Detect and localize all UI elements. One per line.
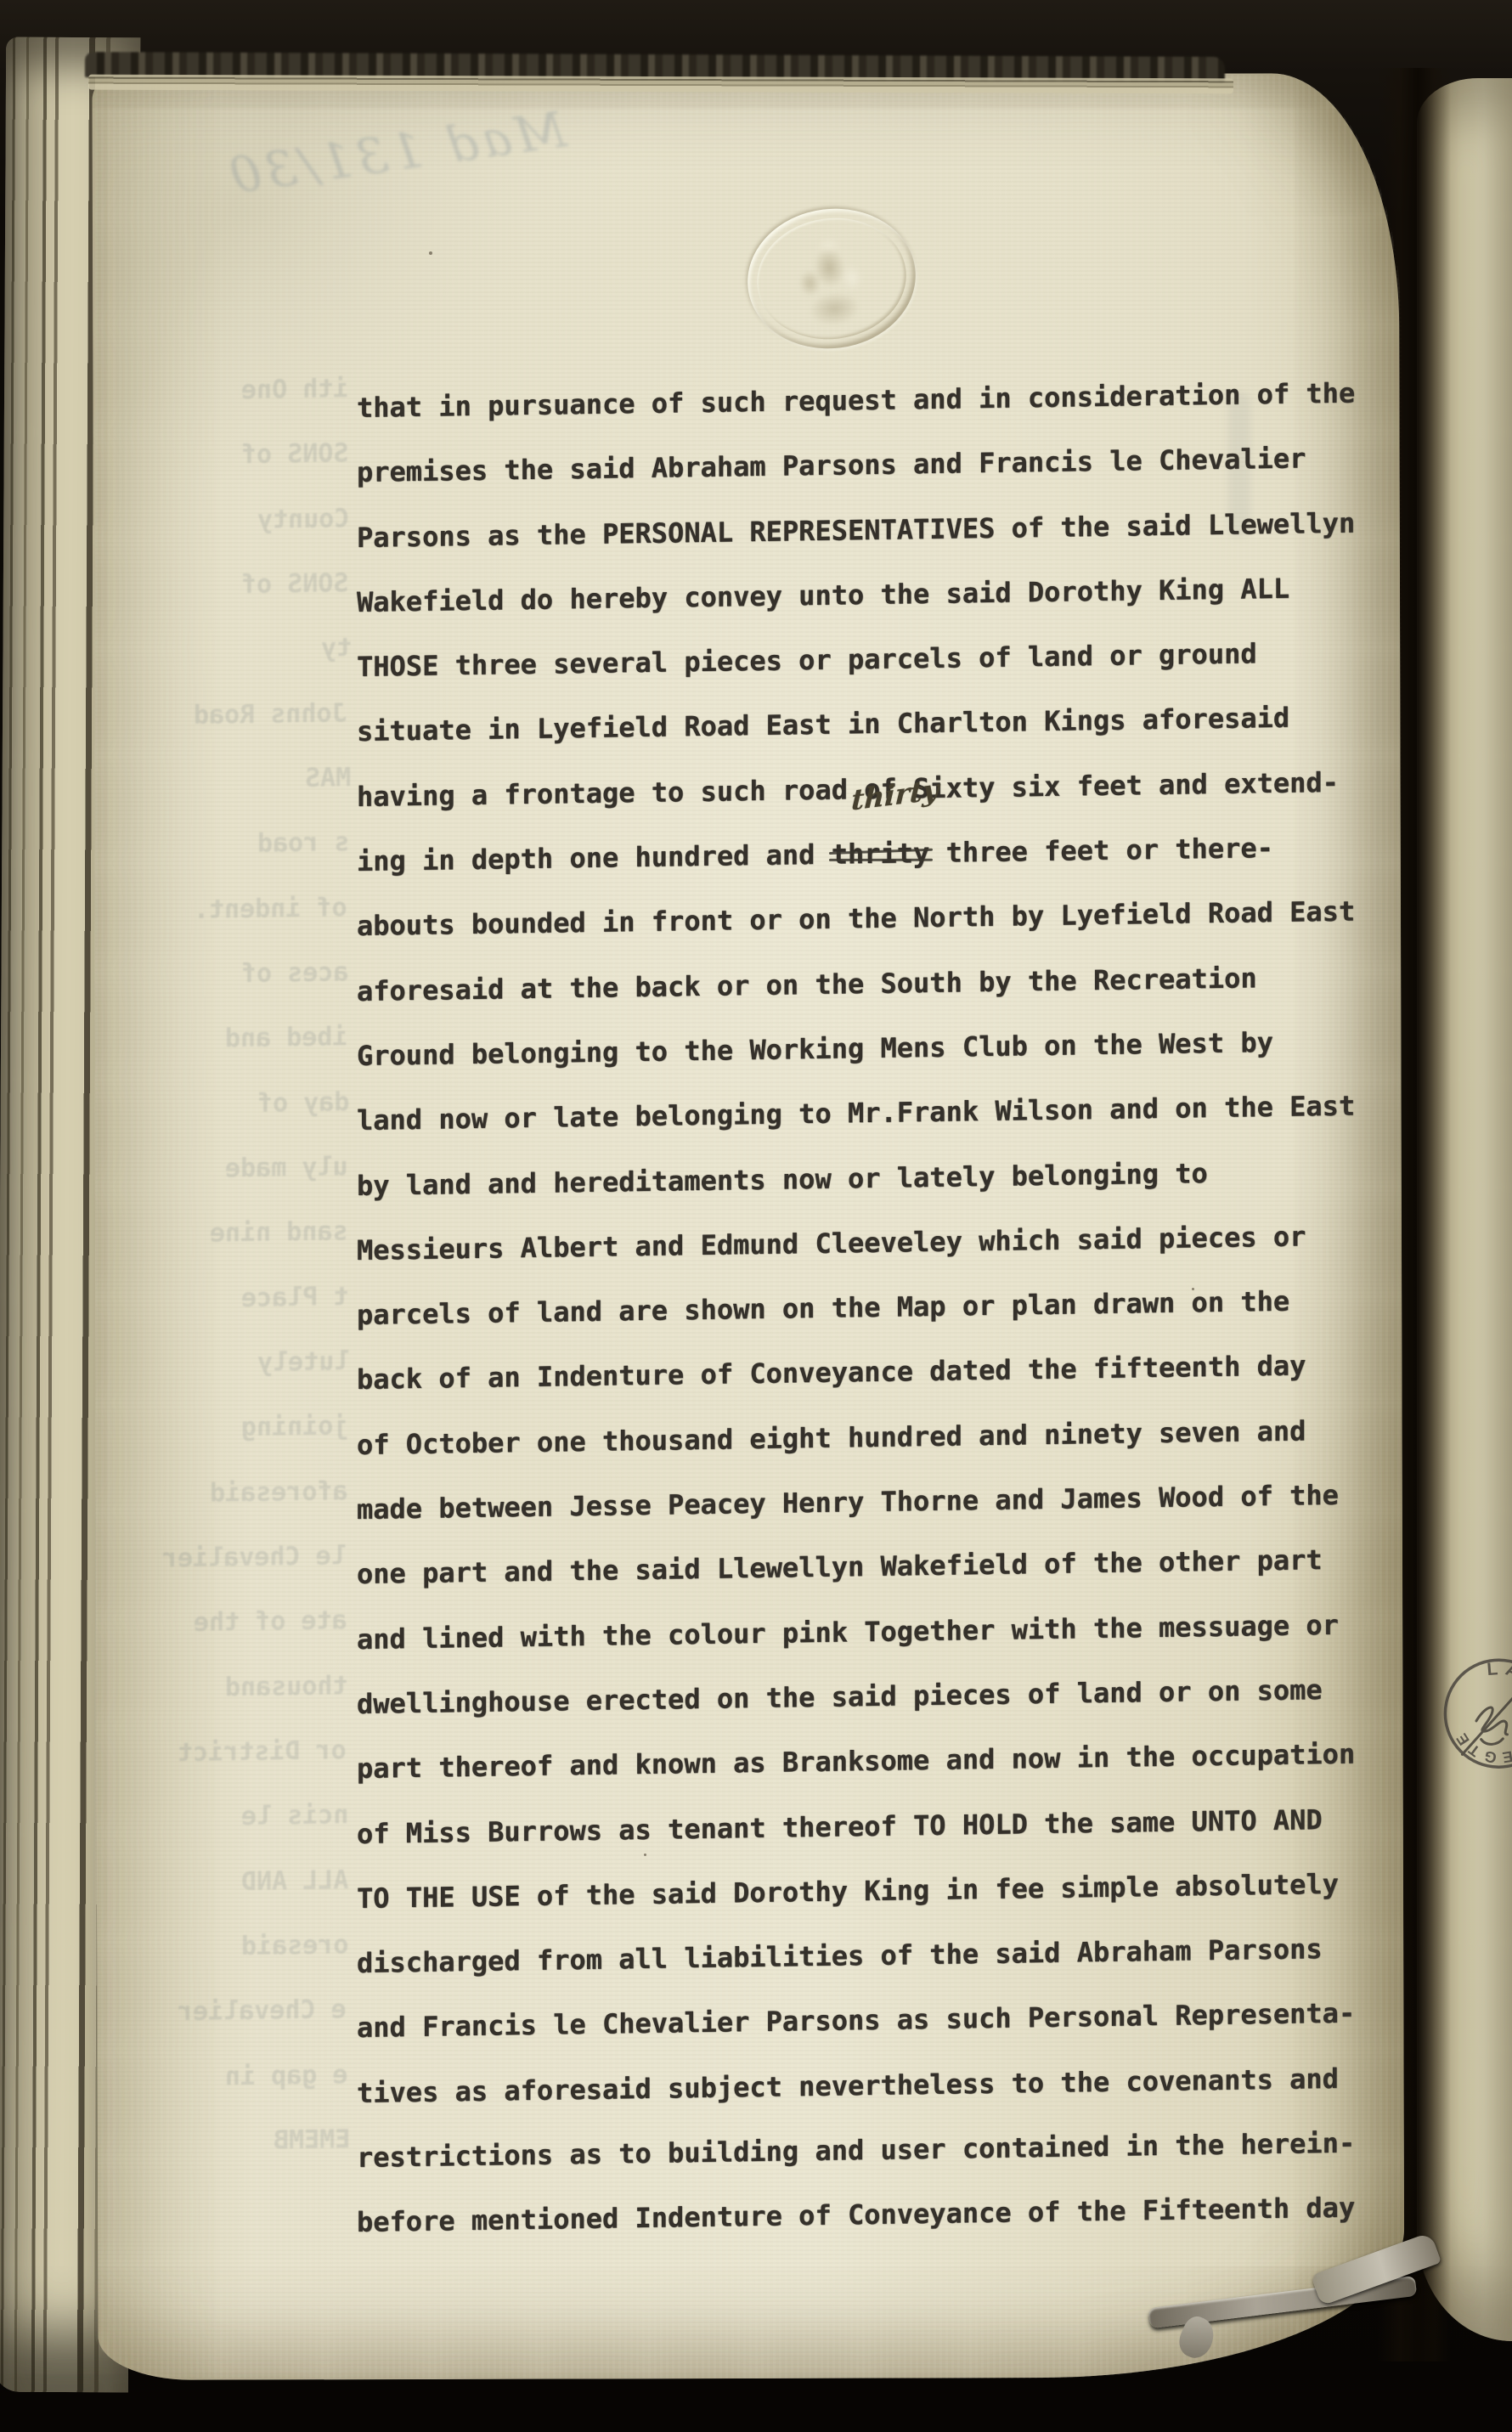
ink-speck bbox=[429, 251, 432, 255]
ink-speck bbox=[1192, 1288, 1194, 1290]
ink-speck bbox=[644, 1854, 646, 1856]
photographed-deed-page: ith OneSONS ofCountySONS oftyJohns RoadM… bbox=[0, 0, 1512, 2432]
strikethrough-word: thrity bbox=[832, 821, 930, 887]
typed-text-block: that in pursuance of such request and in… bbox=[357, 360, 1414, 2255]
